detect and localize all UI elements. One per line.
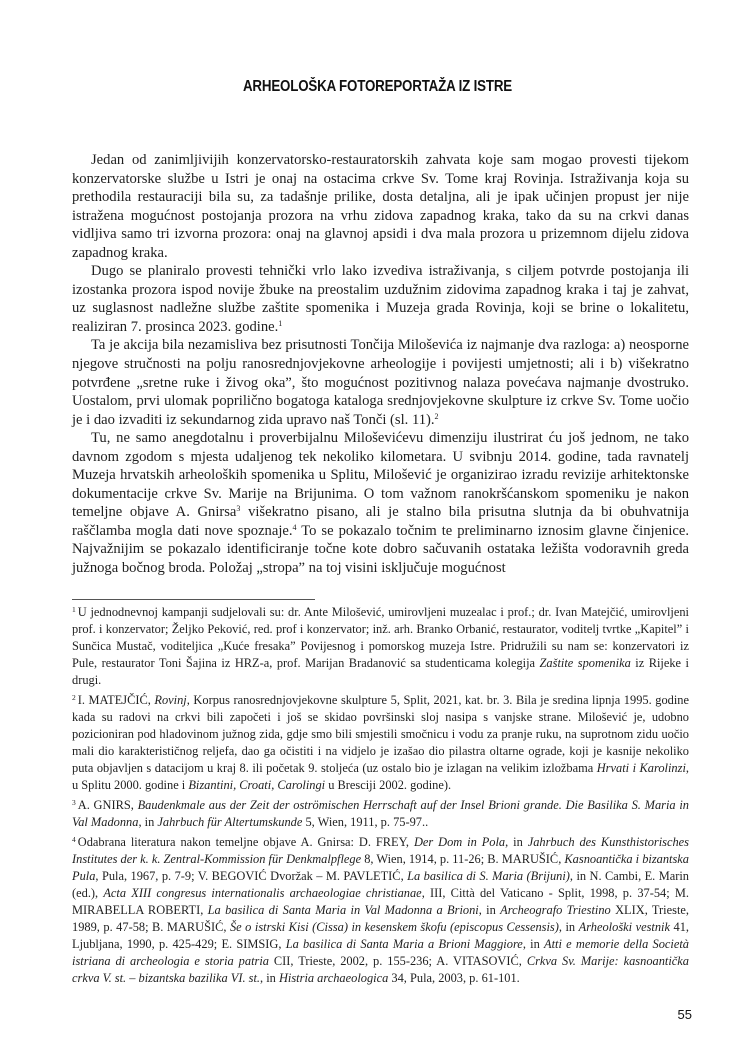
paragraph: Jedan od zanimljivijih konzervatorsko-re… [72, 151, 689, 262]
italic-title: Jahrbuch für Altertumskunde [157, 815, 302, 829]
footnote: 4Odabrana literatura nakon temeljne obja… [72, 834, 689, 986]
italic-title: Bizantini, Croati, Carolingi [188, 778, 325, 792]
footnote-ref: 2 [435, 412, 439, 421]
footnote-number: 4 [72, 835, 76, 844]
italic-title: Rovinj, [154, 693, 189, 707]
footnote-ref: 3 [236, 504, 240, 513]
italic-title: Hrvati i Karolinzi [597, 761, 686, 775]
footnotes: 1U jednodnevnoj kampanji sudjelovali su:… [72, 604, 689, 990]
page-number: 55 [668, 1007, 692, 1022]
italic-title: La basilica di S. Maria (Brijuni) [407, 869, 570, 883]
italic-title: La basilica di Santa Maria in Val Madonn… [208, 903, 479, 917]
italic-title: Arheološki vestnik [579, 920, 670, 934]
footnote-ref: 4 [293, 523, 297, 532]
italic-title: Zaštite spomenika [540, 656, 631, 670]
footnote: 1U jednodnevnoj kampanji sudjelovali su:… [72, 604, 689, 689]
article-body: Jedan od zanimljivijih konzervatorsko-re… [72, 151, 689, 578]
document-page: ARHEOLOŠKA FOTOREPORTAŽA IZ ISTRE Jedan … [0, 0, 755, 1058]
footnote-number: 3 [72, 798, 76, 807]
footnote-ref: 1 [278, 319, 282, 328]
italic-title: Histria archaeologica [279, 971, 388, 985]
paragraph: Ta je akcija bila nezamisliva bez prisut… [72, 336, 689, 429]
footnote: 2I. MATEJČIĆ, Rovinj, Korpus ranosrednjo… [72, 692, 689, 793]
paragraph: Dugo se planiralo provesti tehnički vrlo… [72, 262, 689, 336]
footnote-number: 1 [72, 605, 76, 614]
footnote-number: 2 [72, 693, 76, 702]
italic-title: Der Dom in Pola [414, 835, 505, 849]
italic-title: Archeografo Triestino [500, 903, 611, 917]
footnote: 3A. GNIRS, Baudenkmale aus der Zeit der … [72, 797, 689, 831]
paragraph: Tu, ne samo anegdotalnu i proverbijalnu … [72, 429, 689, 577]
italic-title: La basilica di Santa Maria a Brioni Magg… [286, 937, 523, 951]
italic-title: Acta XIII congresus internationalis arch… [103, 886, 421, 900]
article-title: ARHEOLOŠKA FOTOREPORTAŽA IZ ISTRE [53, 78, 702, 96]
footnote-separator [72, 599, 315, 600]
italic-title: Še o istrski Kisi (Cissa) in kesenskem š… [230, 920, 559, 934]
